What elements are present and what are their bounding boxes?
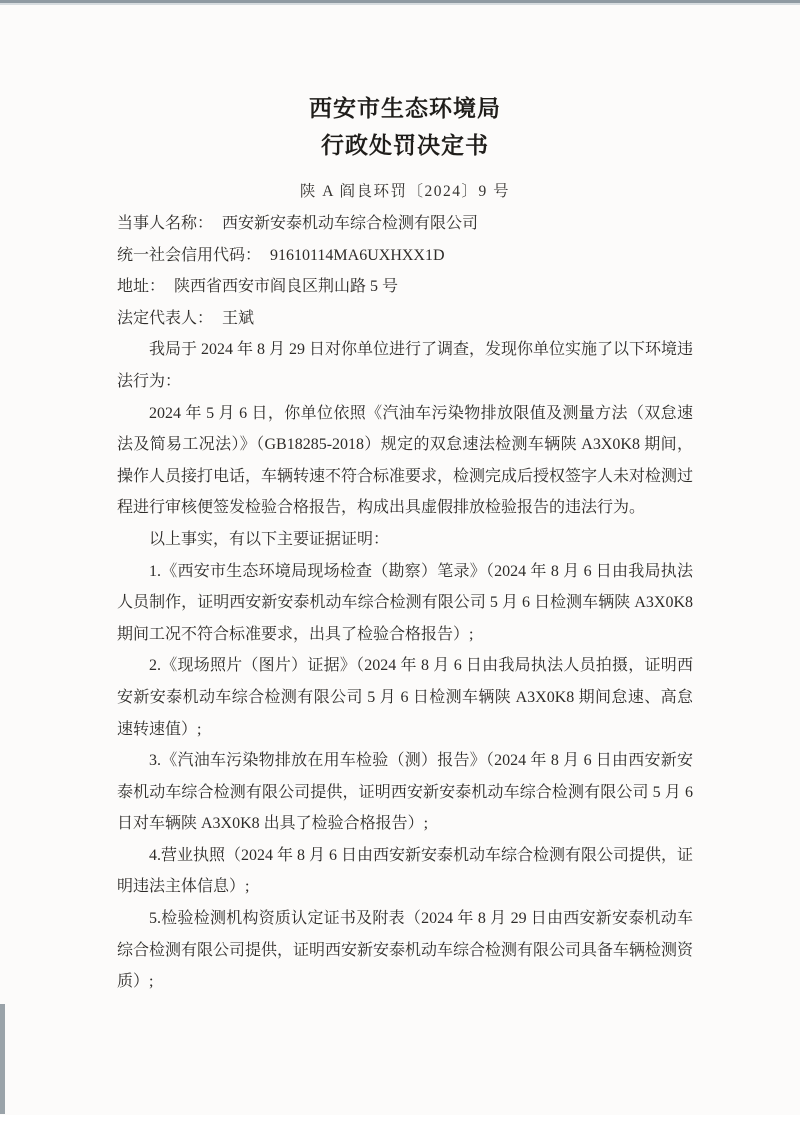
scan-edge-bottom <box>0 1115 800 1132</box>
evidence-item-5: 5.检验检测机构资质认定证书及附表（2024 年 8 月 29 日由西安新安泰机… <box>117 903 693 998</box>
document-content: 西安市生态环境局 行政处罚决定书 陕 A 阎良环罚〔2024〕9 号 当事人名称… <box>117 0 693 998</box>
address-value: 陕西省西安市阎良区荆山路 5 号 <box>174 278 398 295</box>
document-body: 当事人名称：西安新安泰机动车综合检测有限公司 统一社会信用代码：91610114… <box>117 208 693 998</box>
paragraph-investigation-intro: 我局于 2024 年 8 月 29 日对你单位进行了调查，发现你单位实施了以下环… <box>117 334 693 397</box>
evidence-item-3: 3.《汽油车污染物排放在用车检验（测）报告》（2024 年 8 月 6 日由西安… <box>117 745 693 840</box>
document-type-title: 行政处罚决定书 <box>117 131 693 161</box>
credit-code-value: 91610114MA6UXHXX1D <box>270 247 445 264</box>
credit-code-line: 统一社会信用代码：91610114MA6UXHXX1D <box>117 240 693 272</box>
scan-edge-left-bottom <box>0 1004 5 1114</box>
scanned-document-page: 西安市生态环境局 行政处罚决定书 陕 A 阎良环罚〔2024〕9 号 当事人名称… <box>0 0 800 1132</box>
party-name-value: 西安新安泰机动车综合检测有限公司 <box>222 215 478 232</box>
credit-code-label: 统一社会信用代码： <box>117 247 261 264</box>
evidence-item-2: 2.《现场照片（图片）证据》（2024 年 8 月 6 日由我局执法人员拍摄，证… <box>117 650 693 745</box>
address-line: 地址：陕西省西安市阎良区荆山路 5 号 <box>117 271 693 303</box>
address-label: 地址： <box>117 278 165 295</box>
legal-representative-label: 法定代表人： <box>117 310 213 327</box>
paragraph-violation-facts: 2024 年 5 月 6 日，你单位依照《汽油车污染物排放限值及测量方法（双怠速… <box>117 398 693 524</box>
evidence-item-4: 4.营业执照（2024 年 8 月 6 日由西安新安泰机动车综合检测有限公司提供… <box>117 840 693 903</box>
party-name-label: 当事人名称： <box>117 215 213 232</box>
legal-representative-value: 王斌 <box>222 310 254 327</box>
evidence-item-1: 1.《西安市生态环境局现场检查（勘察）笔录》（2024 年 8 月 6 日由我局… <box>117 556 693 651</box>
agency-title: 西安市生态环境局 <box>117 94 693 124</box>
document-number: 陕 A 阎良环罚〔2024〕9 号 <box>117 182 693 202</box>
legal-representative-line: 法定代表人：王斌 <box>117 303 693 335</box>
paragraph-evidence-intro: 以上事实，有以下主要证据证明： <box>117 524 693 556</box>
party-name-line: 当事人名称：西安新安泰机动车综合检测有限公司 <box>117 208 693 240</box>
